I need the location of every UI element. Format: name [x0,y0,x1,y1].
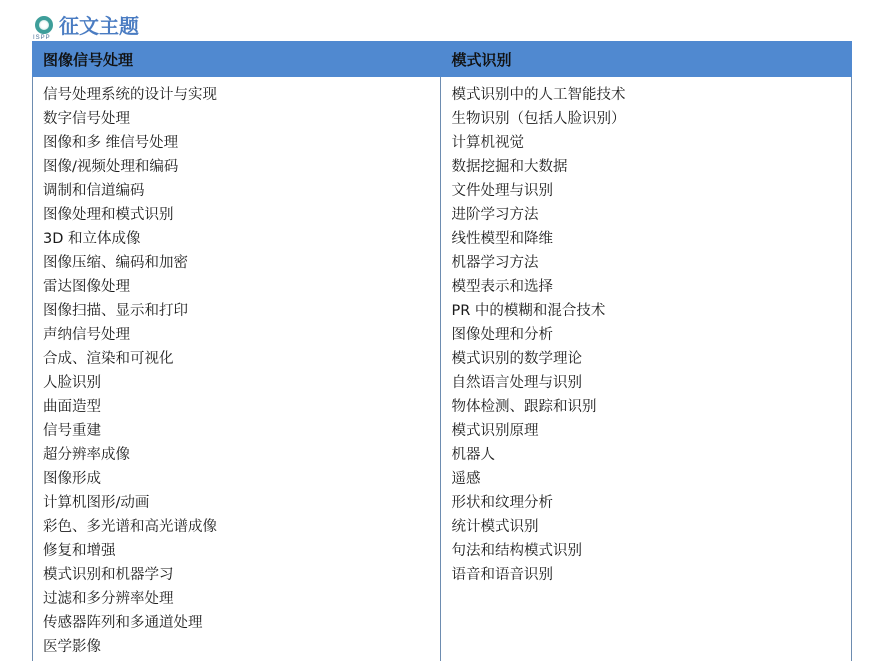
pattern-recognition-list: 模式识别中的人工智能技术 生物识别（包括人脸识别） 计算机视觉 数据挖掘和大数据… [451,83,851,587]
list-item: 自然语言处理与识别 [451,371,851,395]
list-item: 曲面造型 [43,395,440,419]
list-item: 信号重建 [43,419,440,443]
list-item: 超分辨率成像 [43,443,440,467]
list-item: 模式识别和机器学习 [43,563,440,587]
image-signal-processing-cell: 信号处理系统的设计与实现 数字信号处理 图像和多 维信号处理 图像/视频处理和编… [33,77,441,661]
list-item: 图像压缩、编码和加密 [43,251,440,275]
list-item: 图像和多 维信号处理 [43,131,440,155]
list-item: 数字信号处理 [43,107,440,131]
column-heading-image-signal-processing: 图像信号处理 [33,41,441,77]
list-item: 图像形成 [43,467,440,491]
pattern-recognition-cell: 模式识别中的人工智能技术 生物识别（包括人脸识别） 计算机视觉 数据挖掘和大数据… [441,77,852,661]
ispp-logo: ISPP [33,13,57,43]
list-item: 彩色、多光谱和高光谱成像 [43,515,440,539]
list-item: 形状和纹理分析 [451,491,851,515]
section-title-row: ISPP 征文主题 [33,13,139,43]
list-item: 计算机视觉 [451,131,851,155]
list-item: 合成、渲染和可视化 [43,347,440,371]
list-item: 机器学习方法 [451,251,851,275]
list-item: 人脸识别 [43,371,440,395]
table-header-row: 图像信号处理 模式识别 [33,41,852,77]
list-item: 图像/视频处理和编码 [43,155,440,179]
list-item: PR 中的模糊和混合技术 [451,299,851,323]
list-item: 数据挖掘和大数据 [451,155,851,179]
table-body-row: 信号处理系统的设计与实现 数字信号处理 图像和多 维信号处理 图像/视频处理和编… [33,77,852,661]
list-item: 图像处理和模式识别 [43,203,440,227]
list-item: 文件处理与识别 [451,179,851,203]
section-title: 征文主题 [59,14,139,38]
list-item: 计算机图形/动画 [43,491,440,515]
list-item: 句法和结构模式识别 [451,539,851,563]
topics-table: 图像信号处理 模式识别 信号处理系统的设计与实现 数字信号处理 图像和多 维信号… [32,41,852,661]
list-item: 过滤和多分辨率处理 [43,587,440,611]
list-item: 模式识别中的人工智能技术 [451,83,851,107]
list-item: 模式识别原理 [451,419,851,443]
list-item: 线性模型和降维 [451,227,851,251]
list-item: 修复和增强 [43,539,440,563]
list-item: 模式识别的数学理论 [451,347,851,371]
list-item: 信号处理系统的设计与实现 [43,83,440,107]
list-item: 调制和信道编码 [43,179,440,203]
list-item: 声纳信号处理 [43,323,440,347]
list-item: 机器人 [451,443,851,467]
list-item: 统计模式识别 [451,515,851,539]
list-item: 图像扫描、显示和打印 [43,299,440,323]
list-item: 生物识别（包括人脸识别） [451,107,851,131]
list-item: 图像处理和分析 [451,323,851,347]
list-item: 语音和语音识别 [451,563,851,587]
list-item: 模型表示和选择 [451,275,851,299]
list-item: 遥感 [451,467,851,491]
list-item: 3D 和立体成像 [43,227,440,251]
list-item: 物体检测、跟踪和识别 [451,395,851,419]
list-item: 传感器阵列和多通道处理 [43,611,440,635]
list-item: 进阶学习方法 [451,203,851,227]
list-item: 雷达图像处理 [43,275,440,299]
list-item: 医学影像 [43,635,440,659]
logo-ring-icon [35,16,53,34]
column-heading-pattern-recognition: 模式识别 [441,41,852,77]
image-signal-processing-list: 信号处理系统的设计与实现 数字信号处理 图像和多 维信号处理 图像/视频处理和编… [43,83,440,659]
page: ISPP 征文主题 图像信号处理 模式识别 信号处理系统的设计与实现 数字信号处… [0,0,885,661]
